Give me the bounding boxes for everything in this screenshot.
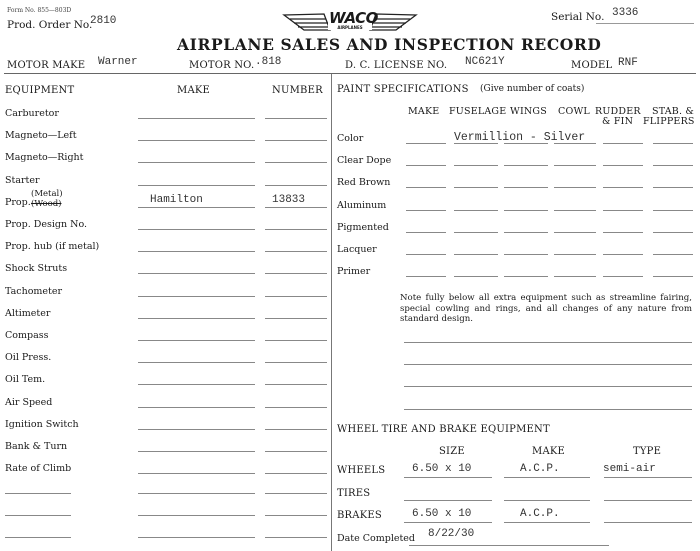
prod-order-value[interactable]: 2810 [90,15,116,27]
form-number: Form No. 855—803D [7,7,71,14]
equipment-make-value[interactable]: Hamilton [150,194,203,206]
paint-coat-field[interactable] [454,254,498,255]
blank-make-line[interactable] [138,515,255,516]
note-line[interactable] [404,386,692,387]
equipment-label: Rate of Climb [5,463,71,474]
paint-coat-field[interactable] [504,276,548,277]
paint-coat-field[interactable] [653,254,693,255]
blank-make-line[interactable] [138,493,255,494]
paint-coat-field[interactable] [504,210,548,211]
paint-row-label: Primer [337,266,370,277]
wheel-row-label: TIRES [337,488,370,499]
equipment-label: Magneto—Left [5,130,77,141]
paint-coat-field[interactable] [603,232,643,233]
blank-number-line[interactable] [265,493,327,494]
wheels-col-type: TYPE [633,446,661,457]
equipment-make-field[interactable] [138,451,255,452]
date-completed-value[interactable]: 8/22/30 [428,528,474,540]
equipment-label: Ignition Switch [5,419,79,430]
equipment-make-field[interactable] [138,340,255,341]
equipment-label: Magneto—Right [5,152,83,163]
equipment-make-field[interactable] [138,296,255,297]
equipment-make-field[interactable] [138,207,255,208]
wheel-make-value[interactable]: A.C.P. [520,508,560,520]
license-value[interactable]: NC621Y [465,56,505,68]
equipment-label: Oil Tem. [5,374,45,385]
header-divider [4,73,696,74]
blank-equipment-line[interactable] [5,493,71,494]
paint-coat-field[interactable] [454,187,498,188]
wheel-make-field[interactable] [504,477,590,478]
equipment-make-field[interactable] [138,318,255,319]
paint-coat-field[interactable] [653,143,693,144]
paint-coat-field[interactable] [406,232,446,233]
paint-coat-field[interactable] [406,210,446,211]
equipment-header: EQUIPMENT [5,85,74,96]
equipment-make-field[interactable] [138,362,255,363]
paint-row-label: Lacquer [337,244,377,255]
column-divider [331,74,332,551]
motor-make-value[interactable]: Warner [98,56,138,68]
motor-make-label: MOTOR MAKE [7,60,85,71]
paint-col-wings: WINGS [510,106,547,117]
equipment-number-value[interactable]: 13833 [272,194,305,206]
wheel-type-field[interactable] [604,500,692,501]
prop-metal-label: (Metal) [31,189,63,199]
paint-subtitle: (Give number of coats) [480,84,584,94]
equipment-make-field[interactable] [138,407,255,408]
blank-number-line[interactable] [265,537,327,538]
equipment-label: Prop. hub (if metal) [5,241,99,252]
paint-coat-field[interactable] [454,276,498,277]
blank-equipment-line[interactable] [5,537,71,538]
logo-text: WACO [329,10,371,26]
equipment-label: Prop. Design No. [5,219,87,230]
paint-col-fuselage: FUSELAGE [449,106,506,117]
serial-label: Serial No. [551,11,604,23]
paint-coat-field[interactable] [406,143,446,144]
paint-col-make: MAKE [408,106,439,117]
equipment-make-field[interactable] [138,473,255,474]
equipment-number-field[interactable] [265,207,327,208]
paint-title: PAINT SPECIFICATIONS [337,84,469,95]
model-value[interactable]: RNF [618,57,638,69]
paint-coat-field[interactable] [603,143,643,144]
make-header: MAKE [177,85,210,96]
equipment-number-field[interactable] [265,362,327,363]
paint-coat-field[interactable] [603,210,643,211]
wheel-size-value[interactable]: 6.50 x 10 [412,508,471,520]
motor-no-value[interactable]: .818 [255,56,281,68]
note-line[interactable] [404,409,692,410]
equipment-make-field[interactable] [138,384,255,385]
equipment-label: Altimeter [5,308,50,319]
equipment-number-field[interactable] [265,407,327,408]
equipment-number-field[interactable] [265,185,327,186]
wheel-type-value[interactable]: semi-air [603,463,656,475]
wheel-make-field[interactable] [504,500,590,501]
paint-coat-field[interactable] [406,187,446,188]
wheel-make-field[interactable] [504,522,590,523]
equipment-label: Tachometer [5,286,62,297]
equipment-number-field[interactable] [265,318,327,319]
paint-coat-field[interactable] [554,187,596,188]
prop-wood-label: (Wood) [31,199,61,209]
equipment-label: Starter [5,175,40,186]
paint-coat-field[interactable] [603,276,643,277]
paint-coat-field[interactable] [603,254,643,255]
paint-row-label: Pigmented [337,222,389,233]
equipment-label: Compass [5,330,49,341]
paint-coat-field[interactable] [603,187,643,188]
paint-coat-field[interactable] [554,254,596,255]
wheels-col-make: MAKE [532,446,565,457]
paint-coat-field[interactable] [603,165,643,166]
paint-coat-field[interactable] [554,165,596,166]
paint-coat-field[interactable] [653,165,693,166]
wheel-size-value[interactable]: 6.50 x 10 [412,463,471,475]
blank-make-line[interactable] [138,537,255,538]
paint-coat-field[interactable] [504,254,548,255]
wheel-row-label: WHEELS [337,465,385,476]
license-label: D. C. LICENSE NO. [345,60,447,71]
number-header: NUMBER [272,85,323,96]
equipment-number-field[interactable] [265,451,327,452]
equipment-label: Carburetor [5,108,59,119]
equipment-make-field[interactable] [138,273,255,274]
note-line[interactable] [404,342,692,343]
wheel-row-label: BRAKES [337,510,382,521]
logo-subtext: AIRPLANES [329,25,371,30]
equipment-number-field[interactable] [265,340,327,341]
date-completed-line [409,545,609,546]
equipment-number-field[interactable] [265,162,327,163]
motor-no-label: MOTOR NO. [189,60,254,71]
paint-color-value[interactable]: Vermillion - Silver [454,131,585,144]
wheel-type-field[interactable] [604,522,692,523]
equipment-label: Air Speed [5,397,52,408]
wheel-make-value[interactable]: A.C.P. [520,463,560,475]
paint-col-flippers: FLIPPERS [643,116,695,127]
paint-coat-field[interactable] [454,165,498,166]
equipment-number-field[interactable] [265,273,327,274]
paint-coat-field[interactable] [406,165,446,166]
wheel-size-field[interactable] [404,500,492,501]
equipment-label: Prop. [5,197,31,208]
wheel-size-field[interactable] [404,477,492,478]
wheel-type-field[interactable] [604,477,692,478]
paint-row-label: Red Brown [337,177,390,188]
paint-row-label: Aluminum [337,200,386,211]
paint-note: Note fully below all extra equipment suc… [400,293,692,325]
paint-col-rudder-line2: & FIN [602,116,633,127]
wheels-title: WHEEL TIRE AND BRAKE EQUIPMENT [337,424,550,435]
equipment-number-field[interactable] [265,296,327,297]
paint-coat-field[interactable] [454,210,498,211]
serial-value[interactable]: 3336 [612,7,638,19]
equipment-make-field[interactable] [138,162,255,163]
paint-coat-field[interactable] [653,187,693,188]
equipment-make-field[interactable] [138,429,255,430]
equipment-number-field[interactable] [265,140,327,141]
equipment-make-field[interactable] [138,229,255,230]
page-title: AIRPLANE SALES AND INSPECTION RECORD [177,35,601,54]
paint-coat-field[interactable] [504,165,548,166]
paint-coat-field[interactable] [653,276,693,277]
equipment-number-field[interactable] [265,229,327,230]
equipment-make-field[interactable] [138,251,255,252]
equipment-number-field[interactable] [265,118,327,119]
equipment-number-field[interactable] [265,473,327,474]
paint-coat-field[interactable] [406,276,446,277]
paint-coat-field[interactable] [554,232,596,233]
note-line[interactable] [404,364,692,365]
equipment-number-field[interactable] [265,429,327,430]
paint-col-cowl: COWL [558,106,590,117]
date-completed-label: Date Completed [337,533,415,544]
equipment-number-field[interactable] [265,384,327,385]
equipment-make-field[interactable] [138,118,255,119]
prod-order-label: Prod. Order No. [7,19,92,31]
paint-coat-field[interactable] [504,187,548,188]
model-label: MODEL [571,60,612,71]
blank-number-line[interactable] [265,515,327,516]
equipment-number-field[interactable] [265,251,327,252]
paint-coat-field[interactable] [653,210,693,211]
wheels-col-size: SIZE [439,446,465,457]
paint-coat-field[interactable] [504,232,548,233]
wheel-size-field[interactable] [404,522,492,523]
paint-coat-field[interactable] [554,210,596,211]
equipment-make-field[interactable] [138,185,255,186]
equipment-label: Oil Press. [5,352,51,363]
paint-coat-field[interactable] [406,254,446,255]
equipment-label: Shock Struts [5,263,67,274]
paint-coat-field[interactable] [554,276,596,277]
paint-row-label: Color [337,133,363,144]
paint-coat-field[interactable] [454,232,498,233]
waco-logo: WACO AIRPLANES [282,10,418,34]
paint-row-label: Clear Dope [337,155,391,166]
blank-equipment-line[interactable] [5,515,71,516]
equipment-make-field[interactable] [138,140,255,141]
paint-coat-field[interactable] [653,232,693,233]
equipment-label: Bank & Turn [5,441,67,452]
